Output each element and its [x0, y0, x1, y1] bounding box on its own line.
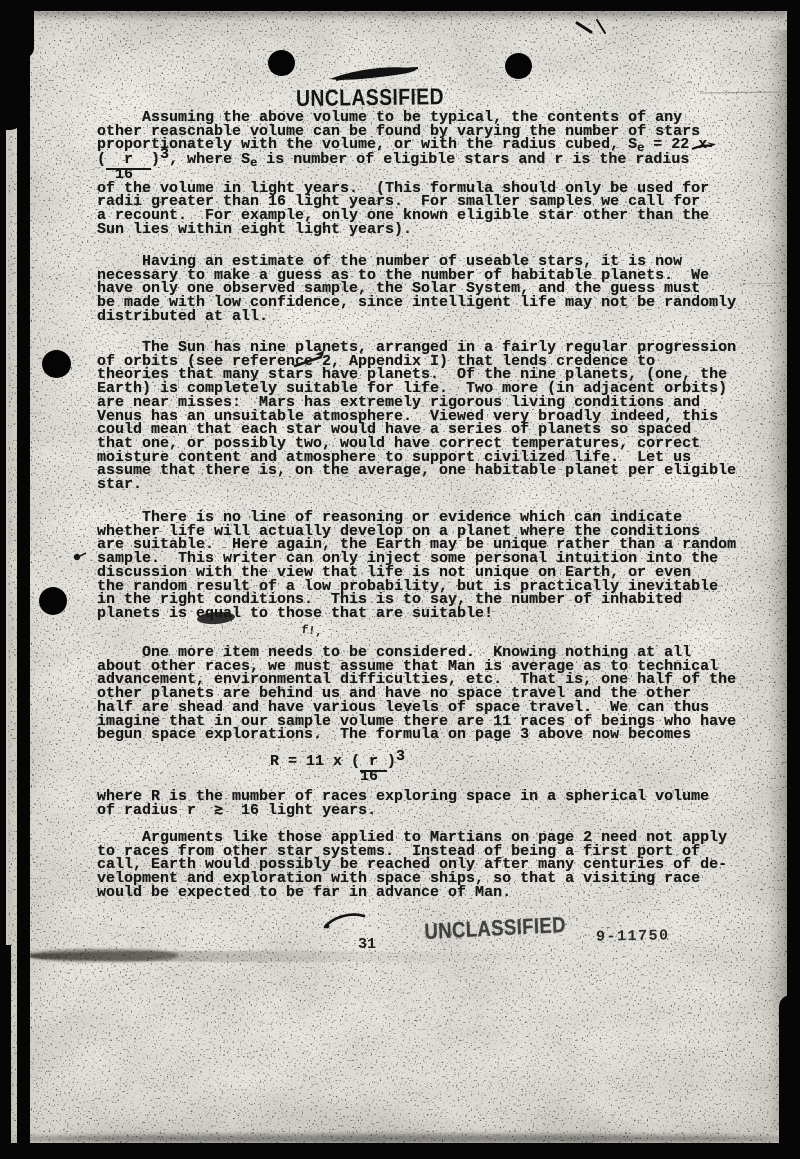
text-line: would be expected to be far in advance o…	[97, 886, 727, 900]
pen-note: f!,	[300, 623, 323, 639]
text-line: star.	[97, 478, 736, 492]
text-line: planets is equal to those that are suita…	[97, 607, 736, 621]
text-line: begun space explorations. The formula on…	[97, 728, 736, 742]
scan-border-top	[0, 0, 800, 11]
text-line: of radius r ≳ 16 light years.	[97, 804, 709, 818]
punch-hole	[505, 53, 532, 79]
punch-hole	[42, 350, 71, 378]
races-formula: R = 11 x ( r )3 16	[270, 755, 405, 784]
page-number: 31	[358, 936, 376, 953]
punch-hole	[39, 587, 67, 615]
scan-border-left	[17, 30, 30, 1150]
text-line: assume that there is, on the average, on…	[97, 464, 736, 478]
paragraph-life-develop: There is no line of reasoning or evidenc…	[97, 511, 736, 621]
paragraph-volume-formula: Assuming the above volume to be typical,…	[97, 111, 709, 236]
scan-smudge	[768, 30, 788, 1130]
paragraph-other-races: One more item needs to be considered. Kn…	[97, 646, 736, 742]
document-number: 9-11750	[596, 927, 670, 945]
scan-border-right	[787, 0, 800, 1159]
text-line: ( r )3, where Se is number of eligible s…	[97, 153, 709, 168]
scan-border-bottom	[15, 1134, 785, 1143]
formula-where-clause: where R is the mumber of races exploring…	[97, 790, 709, 817]
unclassified-stamp-top: UNCLASSIFIED	[296, 83, 444, 112]
text-line: distributed at all.	[97, 310, 736, 324]
paragraph-martians-arguments: Arguments like those applied to Martians…	[97, 831, 727, 900]
punch-hole	[268, 50, 295, 76]
paragraph-nine-planets: The Sun has nine planets, arranged in a …	[97, 341, 736, 492]
text-line: Sun lies within eight light years).	[97, 223, 709, 237]
scan-border-bottom	[0, 1143, 800, 1159]
scan-border-right	[779, 995, 800, 1159]
scan-smudge	[25, 11, 785, 21]
scan-border-left	[0, 945, 11, 1159]
scanned-document-page: UNCLASSIFIED Assuming the above volume t…	[0, 0, 800, 1159]
paragraph-habitable-planets: Having an estimate of the number of usea…	[97, 255, 736, 324]
scan-smudge	[28, 949, 178, 962]
